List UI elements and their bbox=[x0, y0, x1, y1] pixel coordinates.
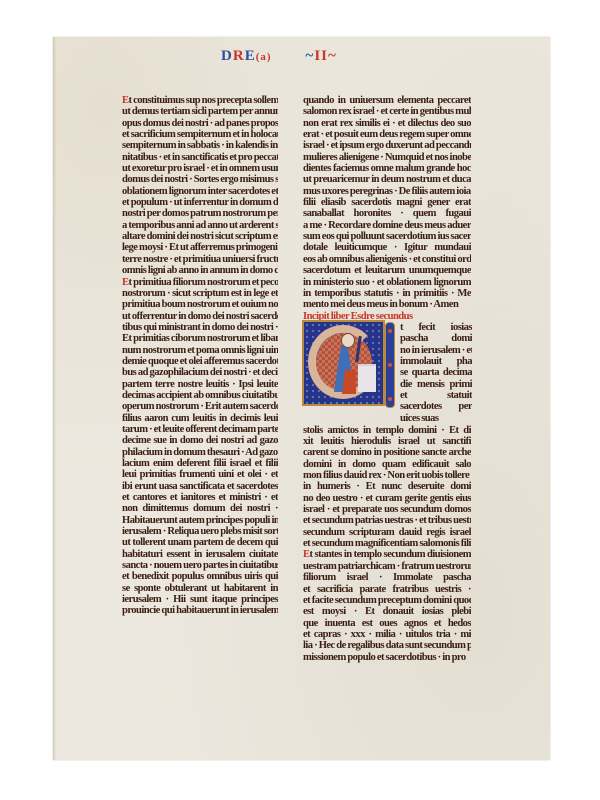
text-line: se quarta decima bbox=[400, 367, 472, 378]
text-line: altare domini dei nostri sicut scriptum … bbox=[122, 231, 278, 242]
text-line: secundum scripturam dauid regis israel bbox=[303, 527, 471, 538]
text-line: uestram patriarchicam · fratrum uestroru… bbox=[303, 561, 471, 572]
text-column-left: Et constituimus sup nos precepta sollemn… bbox=[122, 95, 278, 617]
text-line: mento mei deus meus in bonum · Amen bbox=[303, 299, 471, 310]
text-line: dientes faciemus omne malum grande hoc bbox=[303, 163, 471, 174]
running-header-numeral: II bbox=[314, 48, 328, 65]
text-line: mulieres alienigene · Numquid et nos ino… bbox=[303, 152, 471, 163]
text-line: israel · et preparate uos secundum domos bbox=[303, 504, 471, 515]
text-line: in humeris · Et nunc deseruite domi bbox=[303, 481, 471, 492]
text-line: leui primitias frumenti uini et olei · e… bbox=[122, 469, 278, 480]
text-line: et sacrificium sempiternum et in holocau… bbox=[122, 129, 278, 140]
text-line: habitaturi essent in ierusalem ciuitate bbox=[122, 549, 278, 560]
text-line: et secundum magnificentiam salomonis fil… bbox=[303, 538, 471, 549]
text-line: et benedixit populus omnibus uiris qui bbox=[122, 571, 278, 582]
text-line: omnis ligni ab anno in annum in domo dom… bbox=[122, 265, 278, 276]
text-line: opus domus dei nostri · ad panes proposi… bbox=[122, 118, 278, 129]
text-line: philacium in domum thesauri · Ad gazophi bbox=[122, 447, 278, 458]
text-line: immolauit pha bbox=[400, 356, 472, 367]
text-beside-initial: t fecit iosiaspascha domino in ierusalem… bbox=[400, 322, 472, 424]
dot-icon bbox=[388, 363, 392, 367]
text-line: tarum · et leuite offerent decimam parte… bbox=[122, 424, 278, 435]
text-line: ut preuaricemur in deum nostrum et duca bbox=[303, 174, 471, 185]
text-line: sacerdotes per bbox=[400, 401, 472, 412]
text-line: no in ierusalem · et bbox=[400, 345, 472, 356]
running-header-flourish: ~ bbox=[306, 48, 315, 65]
text-line: salomon rex israel · et certe in gentibu… bbox=[303, 106, 471, 117]
text-line: non dimittemus domum dei nostri · bbox=[122, 503, 278, 514]
text-line: et facite secundum preceptum domini quod… bbox=[303, 595, 471, 606]
text-line: missionem populo et sacerdotibus · in pr… bbox=[303, 652, 471, 663]
text-line: decime sue in domo dei nostri ad gazo bbox=[122, 435, 278, 446]
running-header-letter: (a) bbox=[256, 51, 272, 63]
figure-head-icon bbox=[341, 333, 355, 348]
running-header-letter: D bbox=[221, 48, 233, 65]
historiated-initial bbox=[302, 320, 385, 408]
text-line: sancta · nouem uero partes in ciuitatibu… bbox=[122, 560, 278, 571]
text-line: eos ab omnibus alienigenis · et constitu… bbox=[303, 254, 471, 265]
text-line: erat · et posuit eum deus regem super om… bbox=[303, 129, 471, 140]
text-line: num nostrorum et poma omnis ligni uin bbox=[122, 345, 278, 356]
running-header-flourish: ~ bbox=[328, 48, 337, 65]
text-line: a me · Recordare domine deus meus aduer bbox=[303, 220, 471, 231]
text-line: et statuit bbox=[400, 390, 472, 401]
text-line: lege moysi · Et ut afferremus primogenit… bbox=[122, 242, 278, 253]
text-line: xit leuitis hierodulis israel ut sanctif… bbox=[303, 436, 471, 447]
text-line: primitiua boum nostrorum et ouium nostra… bbox=[122, 299, 278, 310]
text-line: ut offerrentur in domo dei nostri sacerd… bbox=[122, 311, 278, 322]
text-line: filiorum israel · Immolate pascha bbox=[303, 572, 471, 583]
text-line: domini in domo quam edificauit salo bbox=[303, 459, 471, 470]
text-line: t fecit iosias bbox=[400, 322, 472, 333]
text-line: ibi erunt uasa sanctificata et sacerdote… bbox=[122, 481, 278, 492]
text-line: partem terre nostre leuitis · Ipsi leuit… bbox=[122, 379, 278, 390]
text-line: ierusalem · Reliqua uero plebs misit sor… bbox=[122, 526, 278, 537]
dot-icon bbox=[388, 397, 392, 401]
text-line: pascha domi bbox=[400, 333, 472, 344]
running-header-letter: R bbox=[233, 48, 245, 65]
text-line: Habitauerunt autem principes populi in bbox=[122, 515, 278, 526]
text-line: et secundum patrias uestras · et tribus … bbox=[303, 515, 471, 526]
text-line: non erat rex similis ei · et dilectus de… bbox=[303, 118, 471, 129]
text-line: Et constituimus sup nos precepta sollemn… bbox=[122, 95, 278, 106]
text-line: que inuenta est oues agnos et hedos bbox=[303, 618, 471, 629]
text-line: terre nostre · et primitiua uniuersi fru… bbox=[122, 254, 278, 265]
manuscript-leaf: DRE(a)~II~ Et constituimus sup nos prece… bbox=[53, 37, 550, 760]
text-line: tibus qui ministrant in domo dei nostri … bbox=[122, 322, 278, 333]
text-line: sempiternum in sabbatis · in kalendis in… bbox=[122, 140, 278, 151]
text-line: demie quoque et olei afferemus sacerdoti bbox=[122, 356, 278, 367]
text-line: decimas accipient ab omnibus ciuitatibus bbox=[122, 390, 278, 401]
text-line: mus uxores peregrinas · De filiis autem … bbox=[303, 186, 471, 197]
text-line: nostri per domos patrum nostrorum per te… bbox=[122, 208, 278, 219]
text-line: carent se domino in positione sancte arc… bbox=[303, 447, 471, 458]
text-line: Et stantes in templo secundum diuisionem bbox=[303, 549, 471, 560]
text-line: Et primitiua filiorum nostrorum et pecor… bbox=[122, 277, 278, 288]
text-line: oblationem lignorum inter sacerdotes et … bbox=[122, 186, 278, 197]
text-line: sum eos qui polluunt sacerdotium ius sac… bbox=[303, 231, 471, 242]
text-line: et capras · xxx · milia · uitulos tria ·… bbox=[303, 629, 471, 640]
text-line: sanaballat horonites · quem fugaui bbox=[303, 208, 471, 219]
text-line: nitatibus · et in sanctificatis et pro p… bbox=[122, 152, 278, 163]
text-line: dotale leuiticumque · Igitur mundaui bbox=[303, 242, 471, 253]
text-line: operum nostrorum · Erit autem sacerdos bbox=[122, 401, 278, 412]
text-line: a temporibus anni ad anno ut arderent su… bbox=[122, 220, 278, 231]
text-line: sacerdotum et leuitarum unumquemque bbox=[303, 265, 471, 276]
altar-icon bbox=[358, 364, 376, 392]
dot-icon bbox=[388, 329, 392, 333]
text-line: lia · Hec de regalibus data sunt secundu… bbox=[303, 640, 471, 651]
running-header-letter: E bbox=[245, 48, 256, 65]
text-line: se sponte obtulerant ut habitarent in bbox=[122, 583, 278, 594]
text-line: nostrorum · sicut scriptum est in lege e… bbox=[122, 288, 278, 299]
text-line: ut exoretur pro israel · et in omnem usu… bbox=[122, 163, 278, 174]
text-line: filii eliasib sacerdotis magni gener era… bbox=[303, 197, 471, 208]
initial-tail bbox=[385, 322, 395, 408]
text-line: ierusalem · Hii sunt itaque principes bbox=[122, 594, 278, 605]
text-column-right-top: quando in uniuersum elementa peccaretsal… bbox=[303, 95, 471, 311]
text-line: filius aaron cum leuitis in decimis leui bbox=[122, 413, 278, 424]
text-line: in temporibus statutis · in primitiis · … bbox=[303, 288, 471, 299]
text-line: lacium enim deferent filii israel et fil… bbox=[122, 458, 278, 469]
text-line: et cantores et ianitores et ministri · e… bbox=[122, 492, 278, 503]
text-line: no deo uestro · et curam gerite gentis e… bbox=[303, 493, 471, 504]
text-column-right-bottom: stolis amictos in templo domini · Et dix… bbox=[303, 425, 471, 663]
text-line: domus dei nostri · Sortes ergo misimus s… bbox=[122, 174, 278, 185]
text-line: mon filius dauid rex · Non erit uobis to… bbox=[303, 470, 471, 481]
text-line: stolis amictos in templo domini · Et di bbox=[303, 425, 471, 436]
text-line: bus ad gazophilacium dei nostri · et dec… bbox=[122, 367, 278, 378]
text-line: Et primitias ciborum nostrorum et libami bbox=[122, 333, 278, 344]
text-line: est moysi · Et donauit iosias plebi bbox=[303, 606, 471, 617]
text-line: in ministerio suo · et oblationem lignor… bbox=[303, 277, 471, 288]
text-line: die mensis primi bbox=[400, 379, 472, 390]
text-line: et sacrificia parate fratribus uestris · bbox=[303, 584, 471, 595]
text-line: prouincie qui habitauerunt in ierusalem … bbox=[122, 605, 278, 616]
running-header: DRE(a)~II~ bbox=[221, 48, 337, 68]
text-line: ut demus tertiam sicli partem per annum … bbox=[122, 106, 278, 117]
text-line: et populum · ut inferrentur in domum dei bbox=[122, 197, 278, 208]
text-line: israel · et ipsum ergo duxerunt ad pecca… bbox=[303, 140, 471, 151]
text-line: ut tollerent unam partem de decem qui bbox=[122, 537, 278, 548]
text-line: quando in uniuersum elementa peccaret bbox=[303, 95, 471, 106]
text-line: uices suas bbox=[400, 413, 472, 424]
